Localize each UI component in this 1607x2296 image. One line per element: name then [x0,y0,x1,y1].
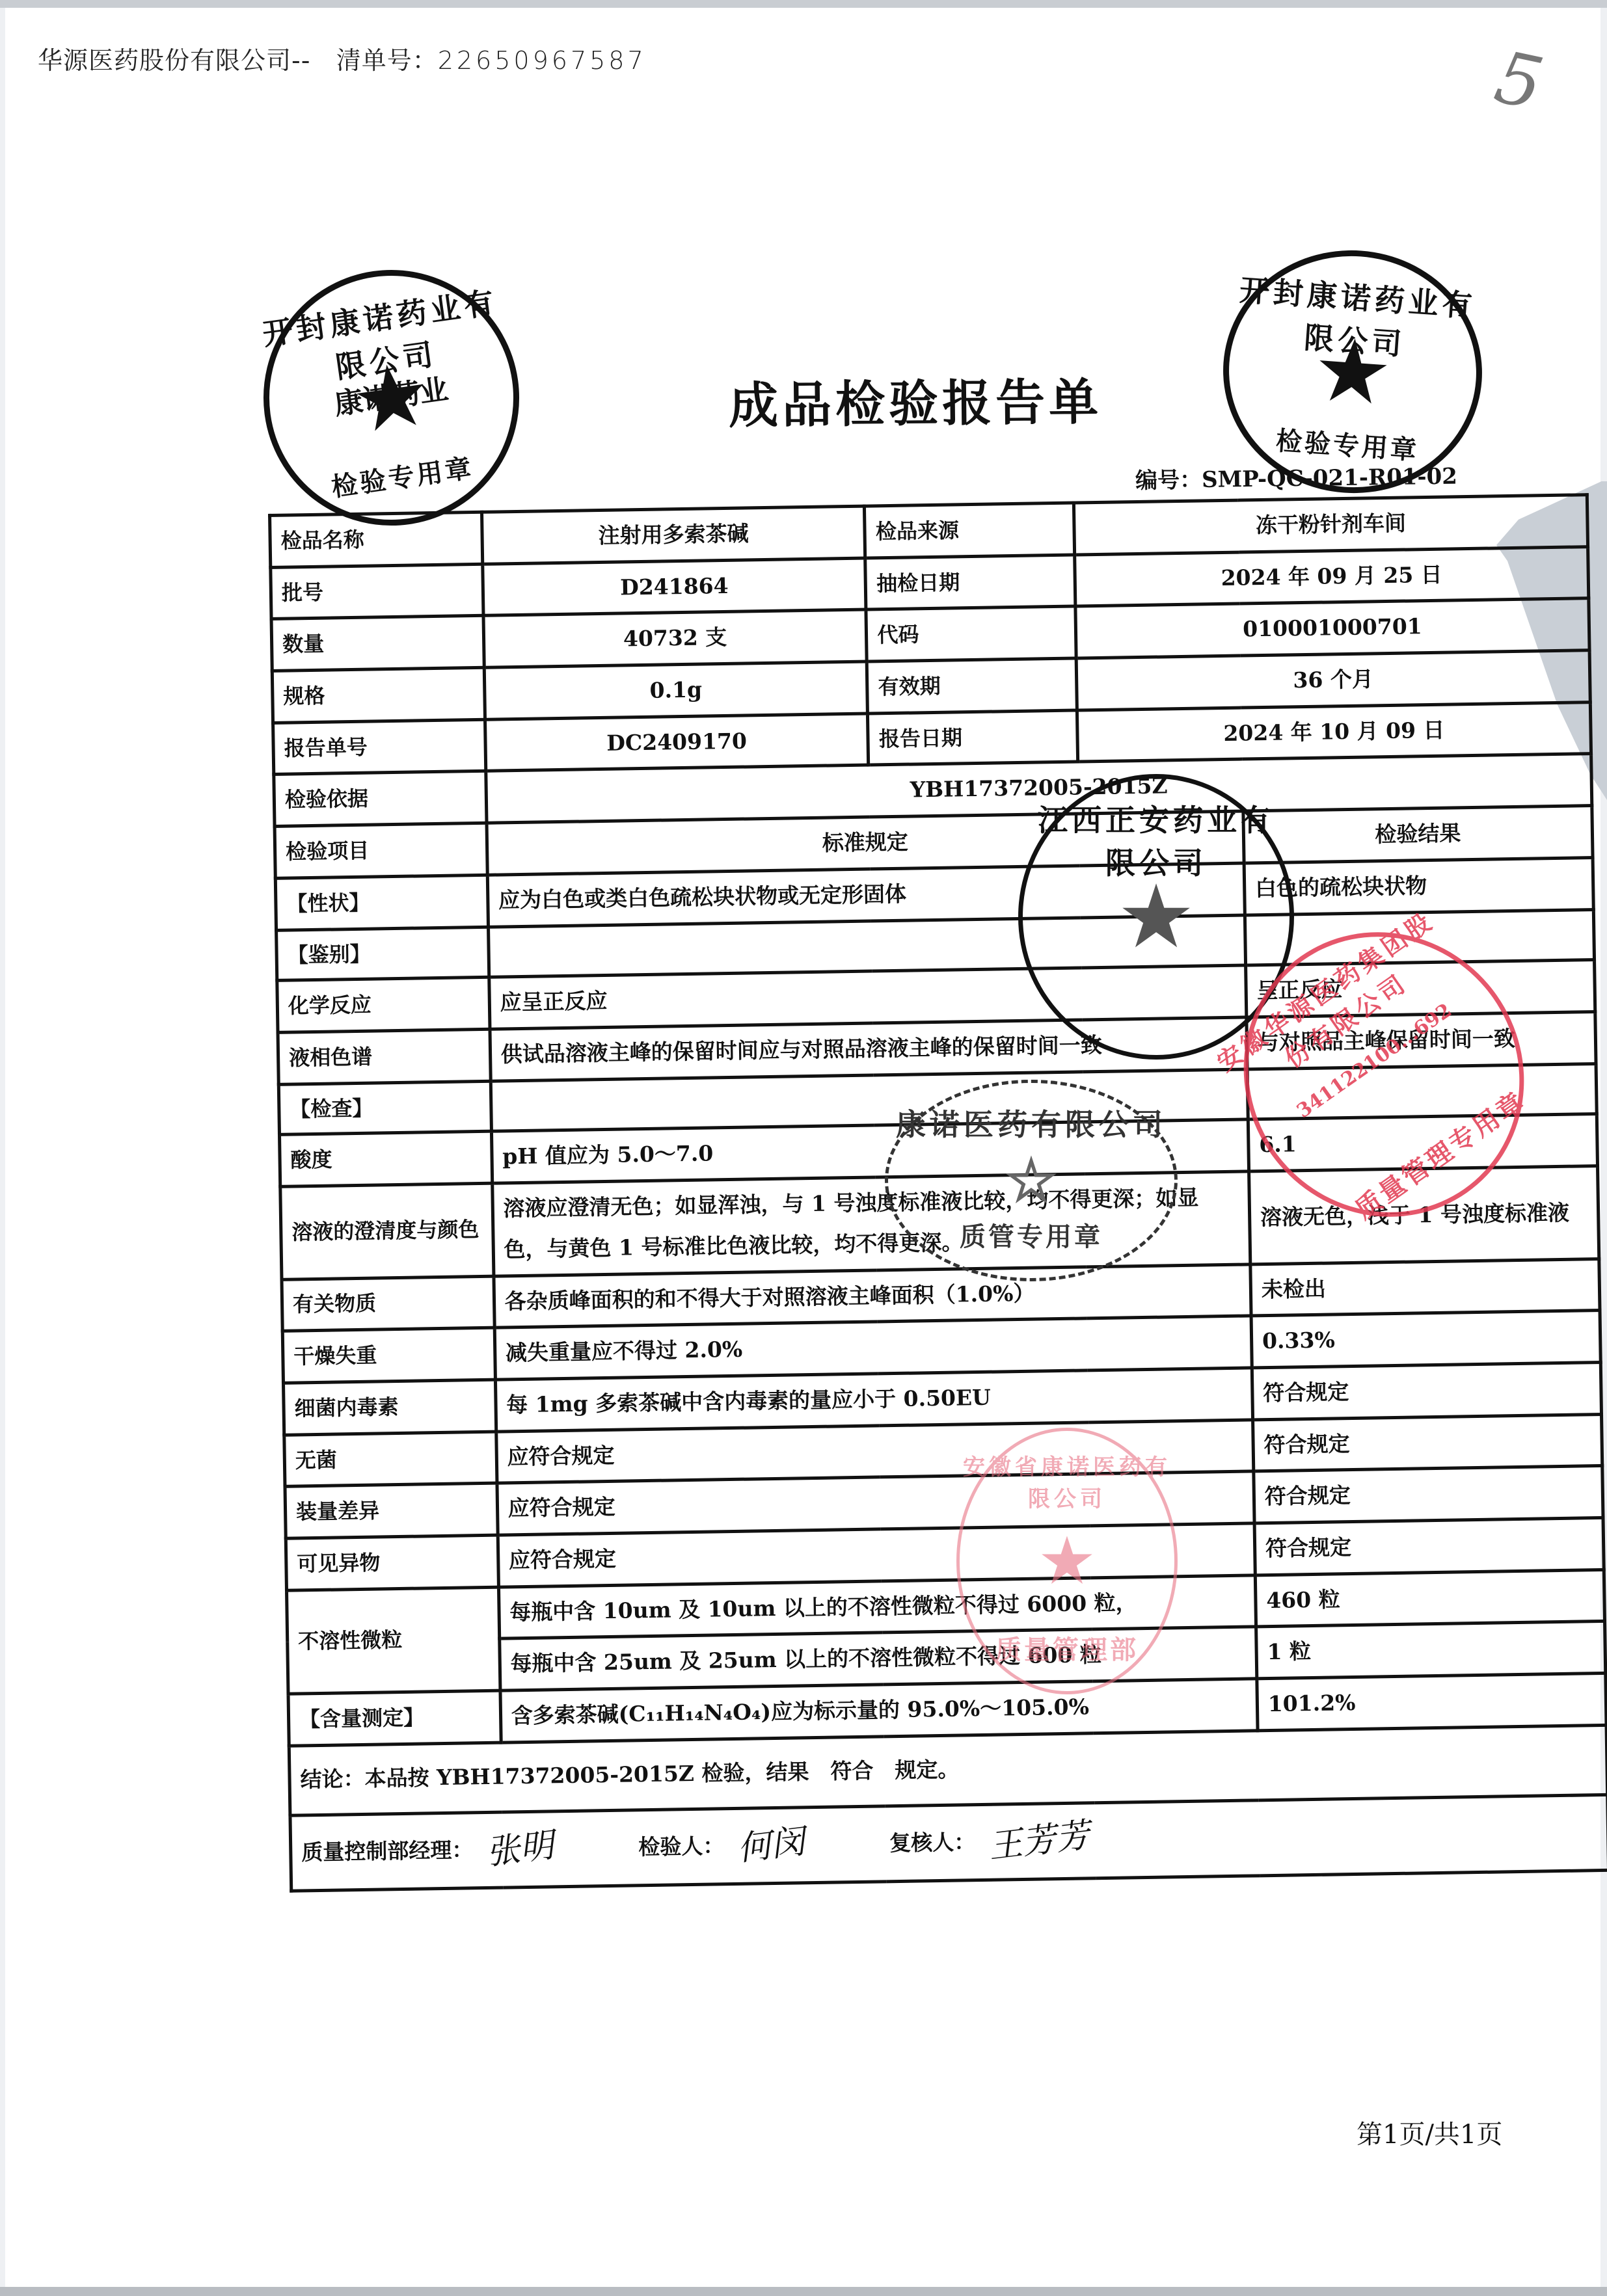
star-icon: ☆ [1005,1151,1058,1210]
info-value-left: D241864 [482,558,866,616]
test-item: 有关物质 [282,1276,494,1331]
assay-item: 【含量测定】 [288,1690,501,1746]
stamp-ring-text: 江西正安药业有限公司 [1023,797,1290,883]
test-item: 装量差异 [285,1483,498,1538]
particles-result-1: 460 粒 [1255,1569,1604,1627]
particles-item: 不溶性微粒 [286,1587,500,1694]
assay-result: 101.2% [1257,1673,1606,1730]
info-label-right: 报告日期 [868,710,1078,766]
test-item: 无菌 [284,1432,497,1487]
test-result: 0.33% [1251,1311,1600,1368]
document-header: 华源医药股份有限公司-- 清单号：22650967587 [38,40,647,76]
info-label-left: 数量 [271,616,484,671]
stamp-bottom-text: 质量管理部 [960,1629,1174,1666]
test-item: 细菌内毒素 [283,1380,496,1435]
company-name: 华源医药股份有限公司-- [38,46,310,75]
info-label-left: 批号 [271,564,483,619]
test-item: 可见异物 [286,1535,498,1590]
list-label: 清单号： [336,46,438,75]
doc-number-label: 编号： [1135,467,1202,494]
reviewer-signature: 王芳芳 [985,1803,1094,1879]
particles-result-2: 1 粒 [1256,1622,1605,1679]
test-result: 符合规定 [1254,1466,1603,1523]
info-value-right: 2024 年 10 月 09 日 [1077,702,1591,762]
manager-signature: 张明 [483,1813,558,1886]
info-label-left: 规格 [272,667,485,723]
column-header-item: 检验项目 [275,823,487,878]
info-value-left: 0.1g [484,661,868,719]
star-icon: ★ [1041,1532,1094,1590]
info-label-right: 有效期 [867,658,1077,714]
info-value-left: 注射用多索茶碱 [481,506,865,564]
info-value-left: 40732 支 [483,609,867,667]
info-label-right: 抽检日期 [865,555,1075,610]
info-value-right: 010001000701 [1075,598,1589,658]
test-item: 溶液的澄清度与颜色 [280,1183,494,1279]
stamp-bottom-text: 质管专用章 [888,1216,1174,1253]
test-item: 酸度 [279,1132,492,1187]
test-result: 符合规定 [1252,1414,1602,1471]
stamp-ring-text: 安徽省康诺医药有限公司 [960,1449,1174,1513]
page-number: 第1页/共1页 [1357,2114,1502,2151]
scanner-top-edge [0,0,1607,8]
column-header-result: 检验结果 [1243,806,1593,863]
test-item: 【检查】 [278,1081,491,1135]
scanner-bottom-edge [0,2287,1607,2296]
info-label-right: 检品来源 [865,503,1075,558]
stamp-lower-middle: 康诺医药有限公司 ☆ 质管专用章 [885,1080,1178,1281]
test-result: 符合规定 [1252,1362,1601,1419]
info-label-left: 报告单号 [273,719,486,775]
basis-label: 检验依据 [274,771,487,827]
reviewer-label: 复核人： [889,1822,976,1864]
test-result: 未检出 [1250,1259,1600,1316]
test-item: 化学反应 [277,978,490,1033]
stamp-ring-text: 康诺医药有限公司 [888,1101,1174,1144]
list-number: 22650967587 [438,46,647,75]
report-title: 成品检验报告单 [728,362,1102,437]
inspector-label: 检验人： [638,1826,725,1868]
manager-label: 质量控制部经理： [301,1830,474,1873]
info-value-right: 2024 年 09 月 25 日 [1075,546,1589,606]
test-item: 液相色谱 [278,1029,491,1084]
stamp-red-lower: 安徽省康诺医药有限公司 ★ 质量管理部 [956,1428,1178,1694]
test-result: 符合规定 [1254,1517,1604,1575]
test-item: 干燥失重 [282,1328,495,1383]
test-item: 【鉴别】 [277,927,489,981]
star-icon: ★ [1315,330,1390,413]
info-value-right: 36 个月 [1076,650,1590,710]
info-value-left: DC2409170 [485,714,869,771]
info-label-right: 代码 [866,606,1076,661]
info-value-right: 冻干粉针剂车间 [1074,495,1587,555]
inspector-signature: 何闵 [734,1809,809,1882]
star-icon: ★ [351,354,431,442]
test-item: 【性状】 [275,875,488,930]
star-icon: ★ [1121,878,1191,956]
